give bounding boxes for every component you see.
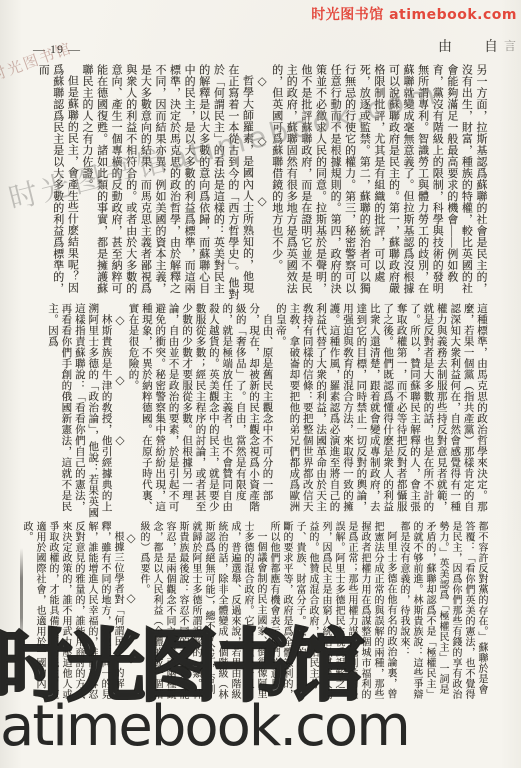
edge-partial-character: 言 bbox=[504, 37, 516, 54]
article-paragraph: 都不容許反對黨的存在。」蘇聯於是會答覆：「看你們英美的憲法，也不覺得是民主，因爲… bbox=[397, 521, 488, 702]
section-divider: ◇◇◇ bbox=[255, 64, 270, 302]
section-divider: ◇◇◇ bbox=[113, 303, 126, 519]
running-head-title: 由 自 bbox=[438, 36, 507, 56]
article-paragraph: 自由、原是舊民主觀念中不可分的一部分，現在，却被新的民主觀念視爲小資產階級的「奢… bbox=[126, 303, 273, 519]
article-band-middle: 這種標準，由馬克思的政治哲學來決定。那麼，若果一個黨（指共產黨）那樣肯定的自認深… bbox=[24, 303, 488, 519]
article-paragraph: 這種標準，由馬克思的政治哲學來決定。那麼，若果一個黨（指共產黨）那樣肯定的自認深… bbox=[274, 303, 489, 519]
article-paragraph: 林斯貴族是牛津的敎授，他引經據典的上溯阿里士多德的「政治論」，他說：若果英國這樣… bbox=[46, 303, 113, 519]
watermark-top-red: 时光图书馆 atimebook.com bbox=[311, 4, 517, 24]
watermark-bottom-domain: atimebook.com bbox=[0, 694, 409, 759]
scanned-page: { "page": { "number": "— 19 —", "running… bbox=[0, 0, 521, 768]
